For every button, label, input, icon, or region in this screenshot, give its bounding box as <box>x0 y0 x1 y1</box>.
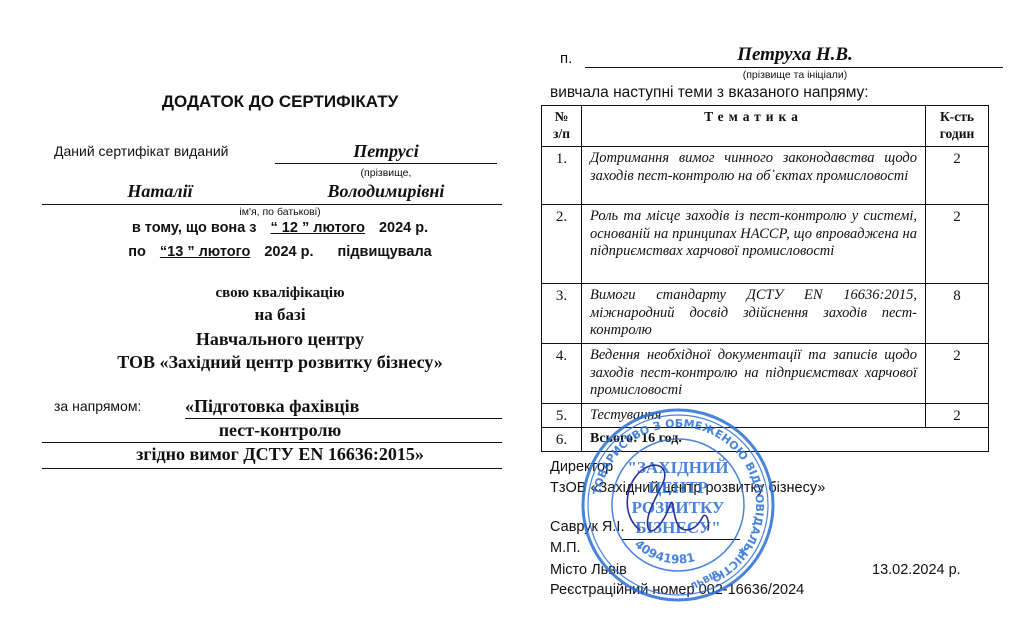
name-hint: ім'я, по батькові) <box>40 206 520 218</box>
training-center: Навчального центру <box>40 329 520 350</box>
row-hours: 2 <box>926 344 989 404</box>
row-theme: Вимоги стандарту ДСТУ EN 16636:2015, між… <box>582 284 926 344</box>
surname-underline <box>275 163 497 164</box>
row-hours: 2 <box>926 147 989 205</box>
direction-line-1: «Підготовка фахівців <box>185 396 465 417</box>
row-number: 1. <box>542 147 582 205</box>
base-text: на базі <box>40 305 520 325</box>
end-date: “13 ” лютого <box>160 244 250 260</box>
row-number: 2. <box>542 205 582 284</box>
table-row: 2. Роль та місце заходів із пест-контрол… <box>542 205 989 284</box>
table-row: 4. Ведення необхідної документації та за… <box>542 344 989 404</box>
period-start-line: в тому, що вона з “ 12 ” лютого 2024 р. <box>40 220 520 236</box>
row-theme: Роль та місце заходів із пест-контролю у… <box>582 205 926 284</box>
row-hours: 2 <box>926 205 989 284</box>
issued-label: Даний сертифікат виданий <box>54 143 228 159</box>
end-year: 2024 р. <box>264 244 313 260</box>
topics-table: № з/п Тематика К-сть годин 1. Дотримання… <box>541 105 989 452</box>
qualification-text: свою кваліфікацію <box>40 285 520 302</box>
direction-underline-2 <box>42 442 502 443</box>
recipient-patronymic: Володимирівні <box>270 181 502 202</box>
document-title: ДОДАТОК ДО СЕРТИФІКАТУ <box>40 92 520 112</box>
row-theme: Ведення необхідної документації та запис… <box>582 344 926 404</box>
direction-line-2: пест-контролю <box>40 420 520 441</box>
start-year: 2024 р. <box>379 220 428 236</box>
recipient-first-name: Наталії <box>70 181 250 202</box>
seal-mark: М.П. <box>550 540 581 556</box>
person-prefix: п. <box>560 50 572 67</box>
surname-hint: (прізвище, <box>275 167 497 179</box>
table-header-row: № з/п Тематика К-сть годин <box>542 106 989 147</box>
total-number: 6. <box>542 428 582 452</box>
period-verb: підвищувала <box>338 244 432 260</box>
company-name: ТОВ «Західний центр розвитку бізнесу» <box>40 352 520 373</box>
table-row: 1. Дотримання вимог чинного законодавств… <box>542 147 989 205</box>
recipient-surname: Петрусі <box>275 141 497 162</box>
period-end-prefix: по <box>128 244 146 260</box>
row-number: 3. <box>542 284 582 344</box>
row-number: 4. <box>542 344 582 404</box>
stamp-code: 40941981 <box>632 537 696 567</box>
signature-icon <box>610 460 720 540</box>
name-underline <box>42 204 502 205</box>
direction-underline-1 <box>185 418 502 419</box>
row-theme: Дотримання вимог чинного законодавства щ… <box>582 147 926 205</box>
period-prefix: в тому, що вона з <box>132 220 257 236</box>
person-hint: (прізвище та ініціали) <box>585 69 1005 81</box>
header-number: № з/п <box>542 106 582 147</box>
header-hours: К-сть годин <box>926 106 989 147</box>
period-end-line: по “13 ” лютого 2024 р. підвищувала <box>40 244 520 260</box>
header-theme: Тематика <box>582 106 926 147</box>
direction-underline-3 <box>42 468 502 469</box>
stamp-star-icon: ✱ <box>738 547 746 558</box>
direction-label: за напрямом: <box>54 398 141 414</box>
direction-line-3: згідно вимог ДСТУ EN 16636:2015» <box>40 444 520 465</box>
row-hours: 8 <box>926 284 989 344</box>
row-hours: 2 <box>926 404 989 428</box>
start-date: “ 12 ” лютого <box>271 220 365 236</box>
studied-text: вивчала наступні теми з вказаного напрям… <box>550 84 869 102</box>
issue-date: 13.02.2024 р. <box>872 562 961 578</box>
person-name: Петруха Н.В. <box>585 44 1005 66</box>
svg-text:40941981: 40941981 <box>632 537 696 567</box>
row-number: 5. <box>542 404 582 428</box>
person-underline <box>585 67 1003 68</box>
table-row: 3. Вимоги стандарту ДСТУ EN 16636:2015, … <box>542 284 989 344</box>
